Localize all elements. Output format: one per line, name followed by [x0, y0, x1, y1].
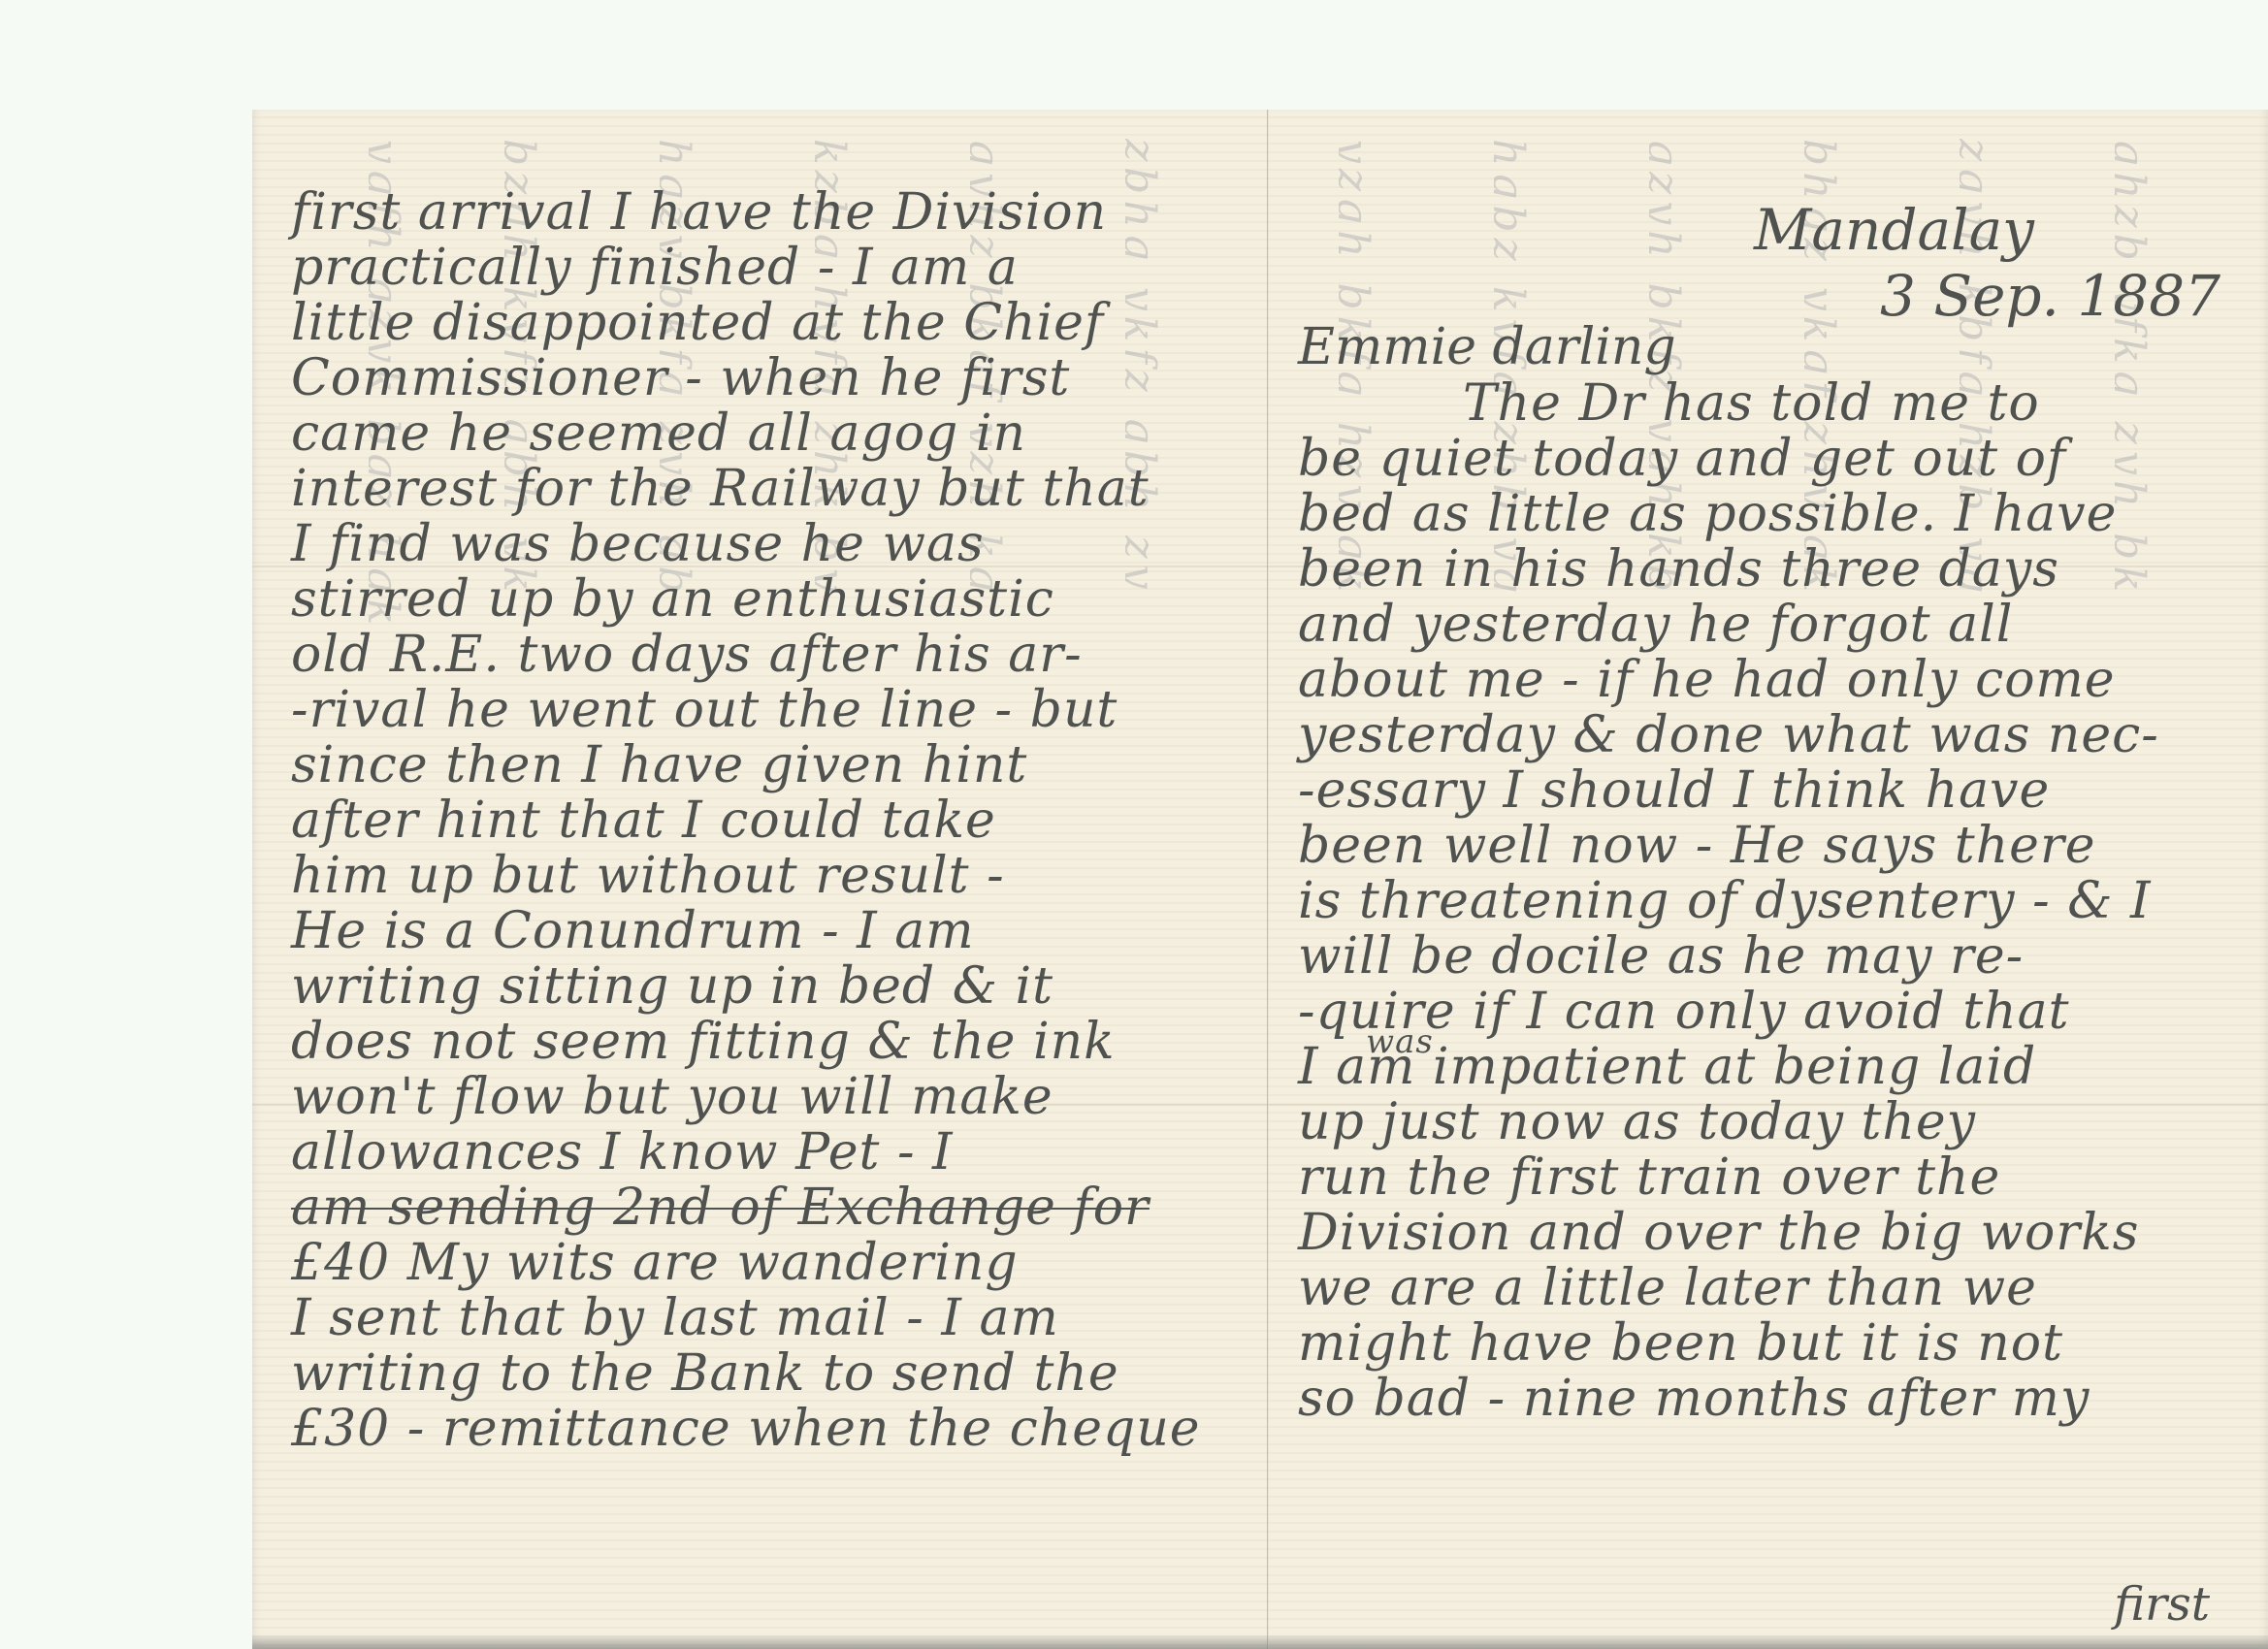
text-line: about me - if he had only come — [1298, 653, 2159, 708]
text-line: little disappointed at the Chief — [291, 296, 1267, 351]
text-line: we are a little later than we — [1298, 1261, 2159, 1316]
letter-date: 3 Sep. 1887 — [1880, 263, 2220, 329]
text-line: after hint that I could take — [291, 793, 1267, 849]
text-line: so bad - nine months after my — [1298, 1372, 2159, 1427]
struck-text-line: am sending 2nd of Exchange for — [291, 1180, 1267, 1236]
inserted-word: was — [1366, 1015, 1434, 1070]
text-line: old R.E. two days after his ar- — [291, 628, 1267, 683]
text-line: since then I have given hint — [291, 738, 1267, 793]
text-line: £40 My wits are wandering — [291, 1236, 1267, 1291]
text-line: up just now as today they — [1298, 1095, 2159, 1150]
right-page-body: The Dr has told me to be quiet today and… — [1298, 376, 2159, 1427]
text-line: and yesterday he forgot all — [1298, 598, 2159, 653]
text-line: I sent that by last mail - I am — [291, 1291, 1267, 1346]
text-line: came he seemed all agog in — [291, 406, 1267, 462]
letter-scan: ygfh gzyk bgz hgk bzgh kyfz gbh yk hgzy … — [0, 0, 2268, 1649]
text-line: been well now - He says there — [1298, 819, 2159, 874]
text-line: is threatening of dysentery - & I — [1298, 874, 2159, 929]
text-line: him up but without result - — [291, 849, 1267, 904]
text-line: -essary I should I think have — [1298, 763, 2159, 819]
text-line: bed as little as possible. I have — [1298, 487, 2159, 542]
letter-sheet: ygfh gzyk bgz hgk bzgh kyfz gbh yk hgzy … — [252, 110, 2268, 1649]
text-line: might have been but it is not — [1298, 1316, 2159, 1372]
text-line-with-insertion: was I am impatient at being laid — [1298, 1040, 2159, 1095]
text-line: Commissioner - when he first — [291, 351, 1267, 406]
salutation: Emmie darling — [1298, 318, 1676, 376]
left-page: first arrival I have the Division practi… — [252, 110, 1267, 1649]
text-line: practically finished - I am a — [291, 241, 1267, 296]
text-line: £30 - remittance when the cheque — [291, 1402, 1267, 1457]
text-line: stirred up by an enthusiastic — [291, 572, 1267, 628]
right-page: Mandalay 3 Sep. 1887 Emmie darling The D… — [1269, 110, 2268, 1649]
text-line: allowances I know Pet - I — [291, 1125, 1267, 1180]
letter-place: Mandalay — [1754, 197, 2034, 263]
text-line: won't flow but you will make — [291, 1070, 1267, 1125]
text-line: been in his hands three days — [1298, 542, 2159, 598]
text-line: I find was because he was — [291, 517, 1267, 572]
text-line: writing sitting up in bed & it — [291, 959, 1267, 1015]
text-line: will be docile as he may re- — [1298, 929, 2159, 985]
text-line: first arrival I have the Division — [291, 185, 1267, 241]
text-line: run the first train over the — [1298, 1150, 2159, 1206]
text-line: be quiet today and get out of — [1298, 432, 2159, 487]
text-line: He is a Conundrum - I am — [291, 904, 1267, 959]
text-line: yesterday & done what was nec- — [1298, 708, 2159, 763]
text-line: The Dr has told me to — [1298, 376, 2159, 432]
text-line: writing to the Bank to send the — [291, 1346, 1267, 1402]
text-line: does not seem fitting & the ink — [291, 1015, 1267, 1070]
text-line: -rival he went out the line - but — [291, 683, 1267, 738]
catchword: first — [2114, 1577, 2210, 1632]
text-line: Division and over the big works — [1298, 1206, 2159, 1261]
text-line: interest for the Railway but that — [291, 462, 1267, 517]
